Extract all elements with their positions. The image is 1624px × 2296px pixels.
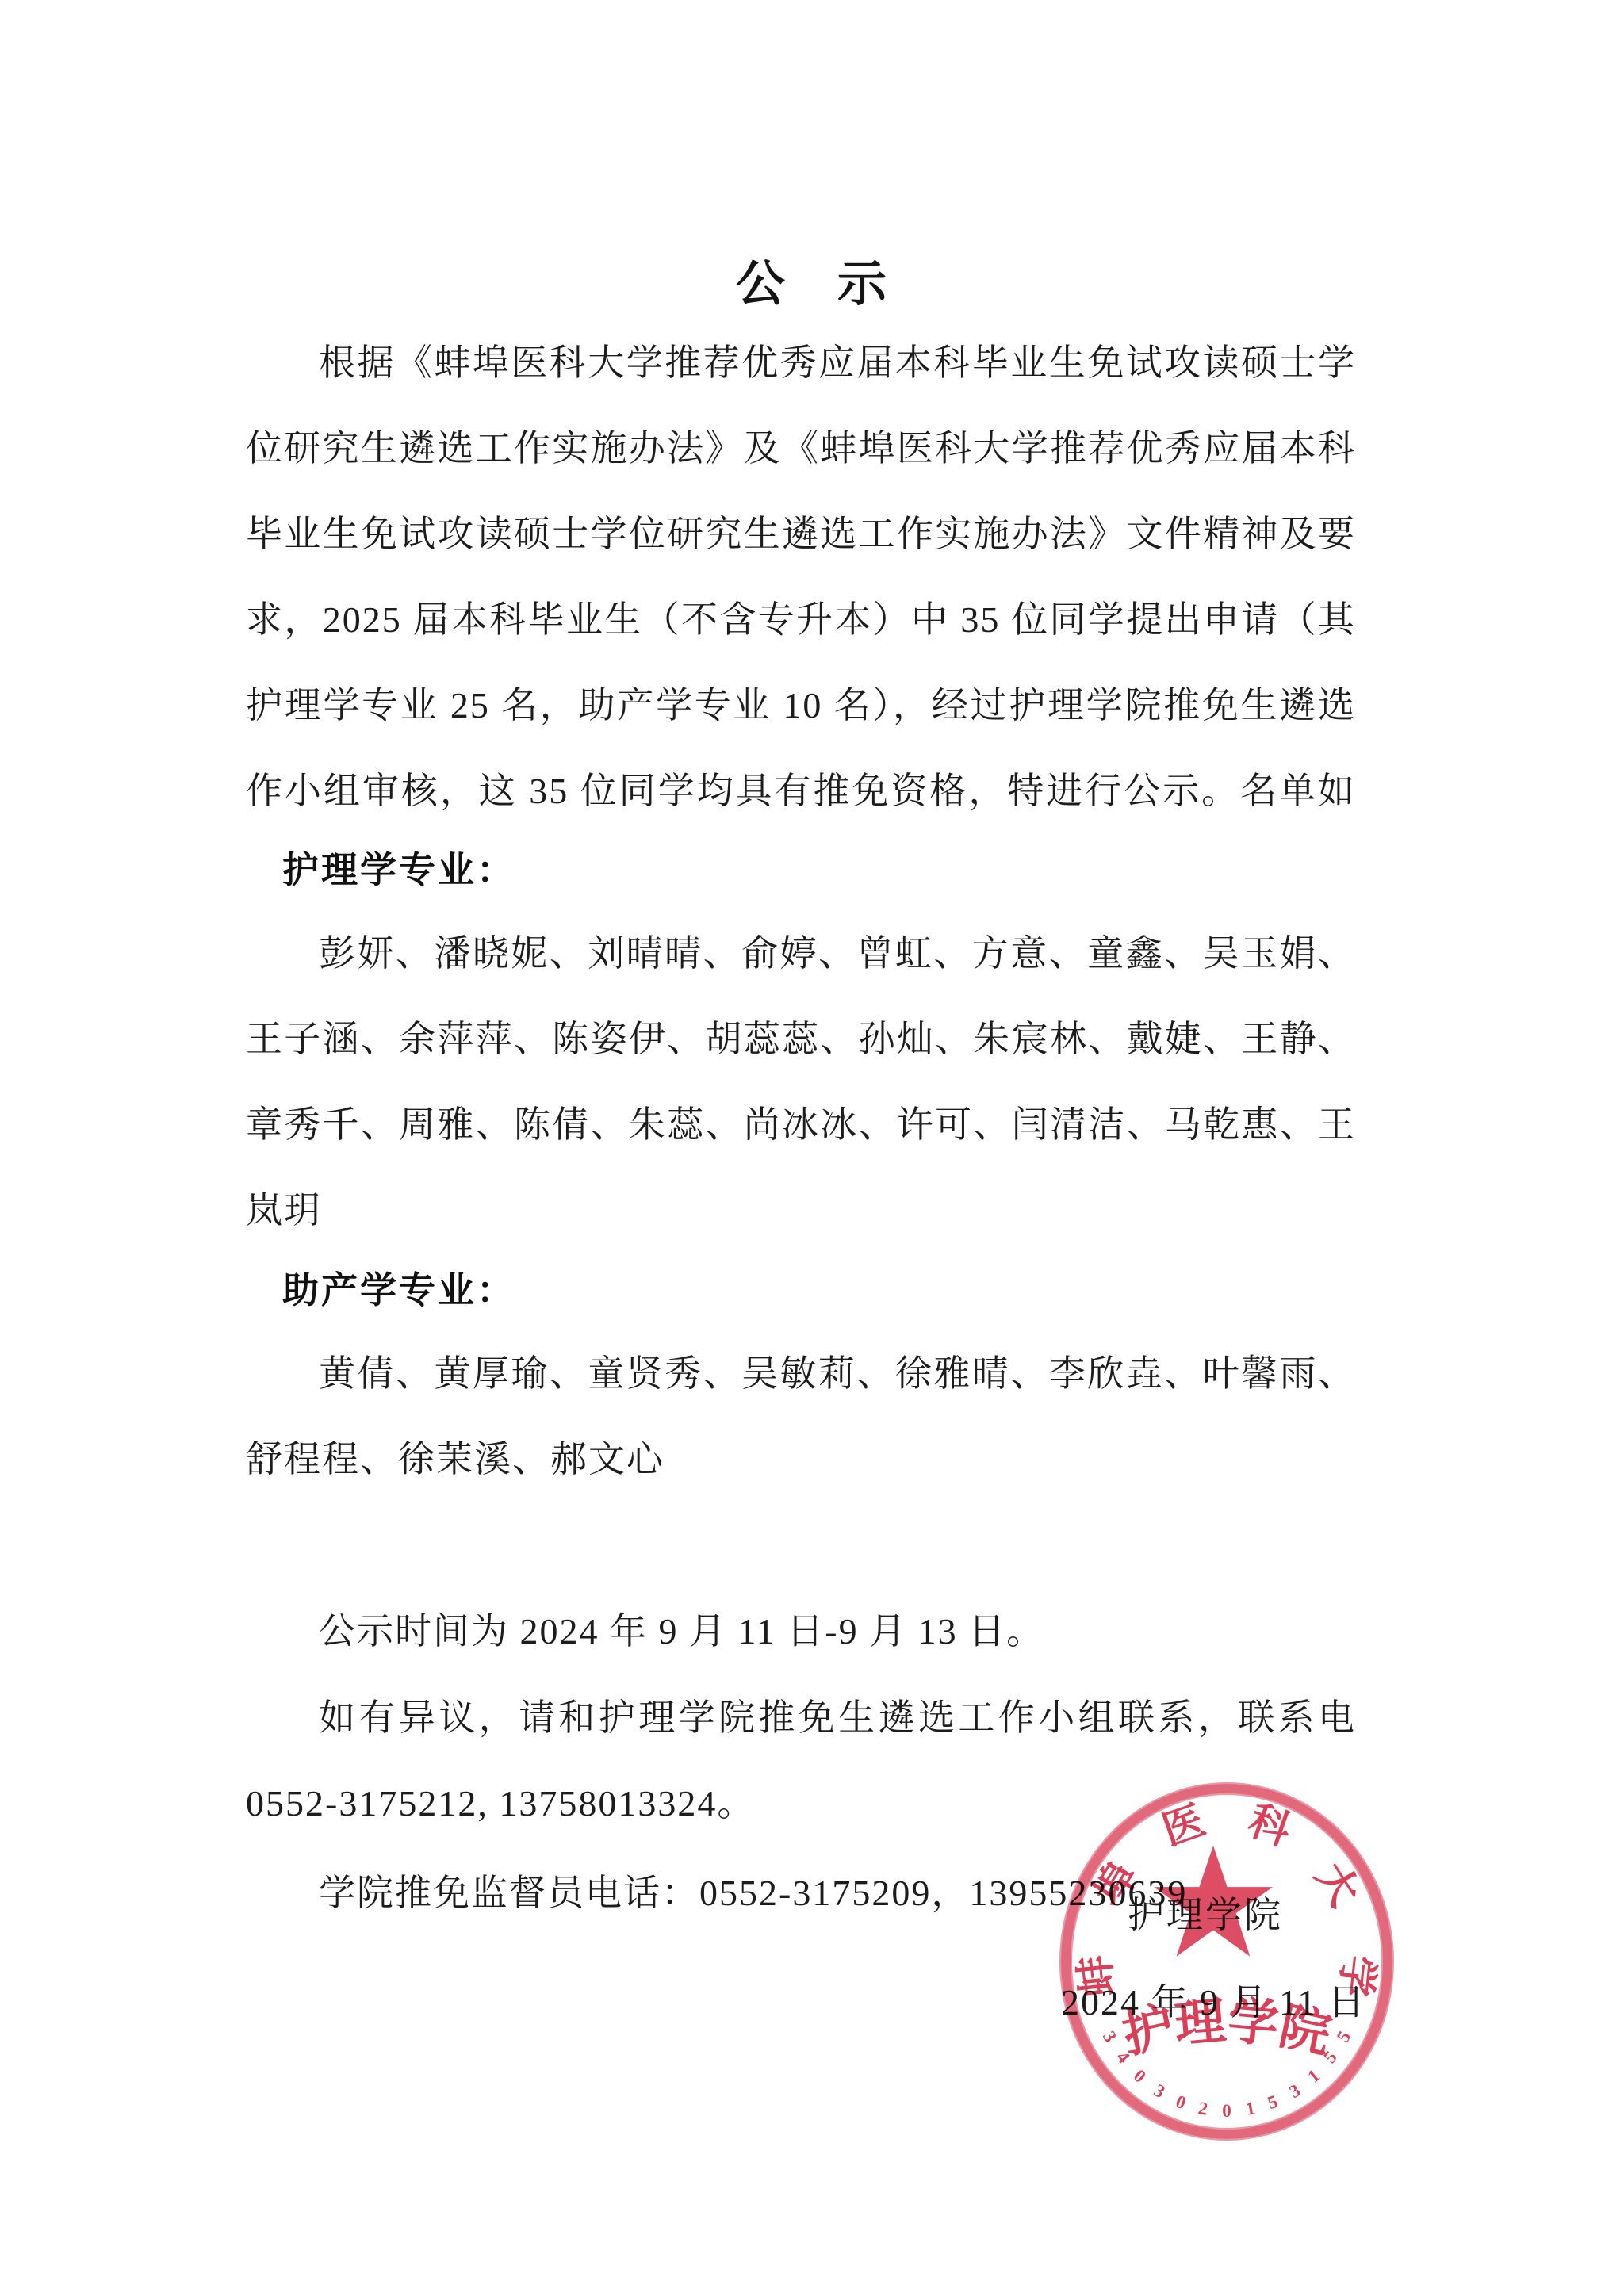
name-list-line: 黄倩、黄厚瑜、童贤秀、吴敏莉、徐雅晴、李欣垚、叶馨雨、 (246, 1331, 1356, 1417)
objection-line: 如有异议，请和护理学院推免生遴选工作小组联系，联系电话： (246, 1675, 1356, 1761)
midwifery-name-list: 黄倩、黄厚瑜、童贤秀、吴敏莉、徐雅晴、李欣垚、叶馨雨、 舒程程、徐茉溪、郝文心 (246, 1331, 1356, 1502)
intro-line: 根据《蚌埠医科大学推荐优秀应届本科毕业生免试攻读硕士学 (246, 320, 1356, 406)
nursing-name-list: 彭妍、潘晓妮、刘晴晴、俞婷、曾虹、方意、童鑫、吴玉娟、 王子涵、余萍萍、陈姿伊、… (246, 911, 1356, 1253)
name-list-line: 舒程程、徐茉溪、郝文心 (246, 1417, 1356, 1502)
publicity-period: 公示时间为 2024 年 9 月 11 日-9 月 13 日。 (246, 1589, 1356, 1674)
notice-title: 公 示 (0, 244, 1624, 315)
intro-line: 作小组审核，这 35 位同学均具有推免资格，特进行公示。名单如下： (246, 748, 1356, 834)
seal-serial-char: 0 (1173, 2091, 1189, 2113)
name-list-line: 岚玥 (246, 1168, 1356, 1253)
intro-line: 求，2025 届本科毕业生（不含专升本）中 35 位同学提出申请（其中： (246, 577, 1356, 663)
seal-serial-char: 4 (1112, 2048, 1133, 2068)
seal-serial-char: 0 (1129, 2065, 1150, 2087)
intro-line: 毕业生免试攻读硕士学位研究生遴选工作实施办法》文件精神及要 (246, 492, 1356, 577)
seal-serial-char: 0 (1222, 2101, 1231, 2122)
objection-paragraph: 如有异议，请和护理学院推免生遴选工作小组联系，联系电话： 0552-317521… (246, 1675, 1356, 1846)
seal-serial-char: 1 (1244, 2098, 1257, 2120)
seal-serial-char: 2 (1197, 2098, 1209, 2120)
signature-date: 2024 年 9 月 11 日 (1061, 1960, 1366, 2045)
intro-line: 位研究生遴选工作实施办法》及《蚌埠医科大学推荐优秀应届本科 (246, 406, 1356, 492)
name-list-line: 章秀千、周雅、陈倩、朱蕊、尚冰冰、许可、闫清洁、马乾惠、王 (246, 1082, 1356, 1168)
seal-serial-char: 1 (1304, 2065, 1324, 2087)
intro-line: 护理学专业 25 名，助产学专业 10 名），经过护理学院推免生遴选工 (246, 663, 1356, 748)
section-heading-nursing: 护理学专业： (246, 828, 1356, 913)
name-list-line: 彭妍、潘晓妮、刘晴晴、俞婷、曾虹、方意、童鑫、吴玉娟、 (246, 911, 1356, 997)
seal-serial-char: 5 (1319, 2048, 1341, 2068)
section-heading-midwifery: 助产学专业： (246, 1248, 1356, 1334)
name-list-line: 王子涵、余萍萍、陈姿伊、胡蕊蕊、孙灿、朱宸林、戴婕、王静、 (246, 997, 1356, 1082)
seal-serial-char: 5 (1266, 2091, 1281, 2113)
objection-phone-line: 0552-3175212, 13758013324。 (246, 1761, 1356, 1846)
publicity-period-line: 公示时间为 2024 年 9 月 11 日-9 月 13 日。 (246, 1589, 1356, 1674)
seal-serial-char: 3 (1150, 2080, 1168, 2103)
signature-department: 护理学院 (1128, 1873, 1283, 1958)
document-page: 公 示 根据《蚌埠医科大学推荐优秀应届本科毕业生免试攻读硕士学 位研究生遴选工作… (0, 0, 1624, 2296)
intro-paragraph: 根据《蚌埠医科大学推荐优秀应届本科毕业生免试攻读硕士学 位研究生遴选工作实施办法… (246, 320, 1356, 834)
seal-serial-char: 3 (1285, 2080, 1304, 2103)
